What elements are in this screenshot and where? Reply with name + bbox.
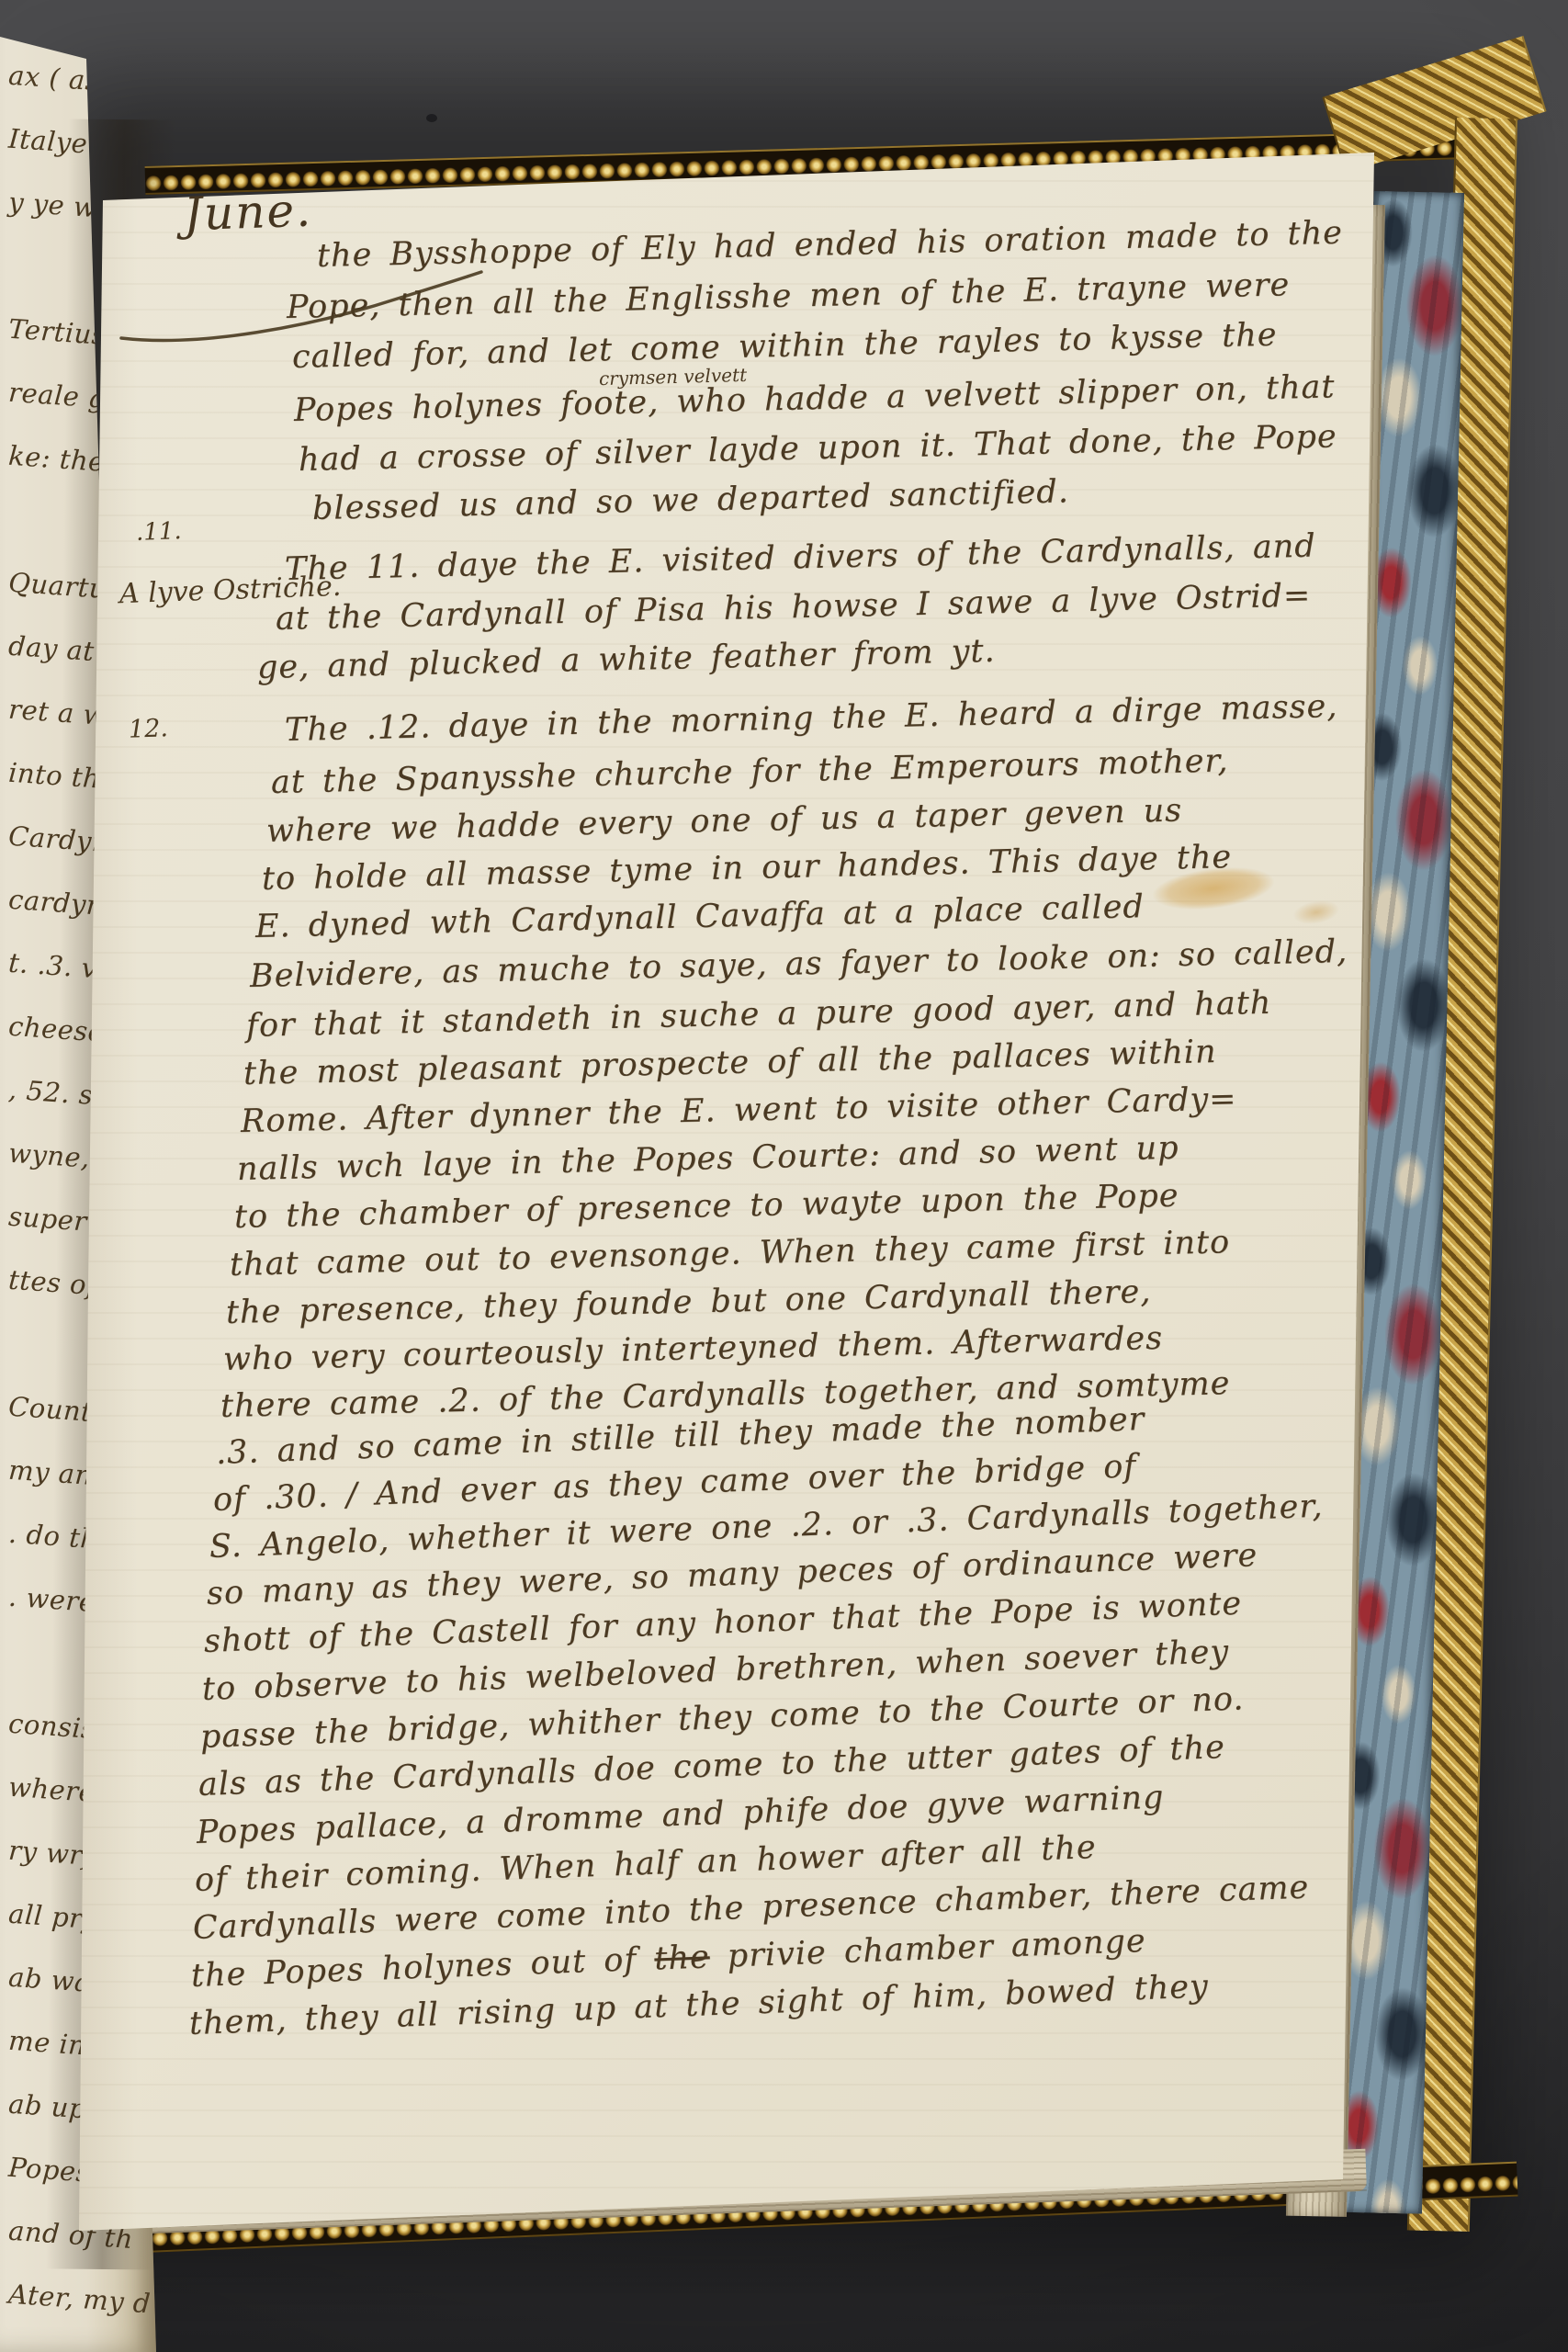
- margin-note-day-11: .11.: [136, 519, 183, 545]
- manuscript-line: had a crosse of silver layde upon it. Th…: [299, 421, 1337, 477]
- manuscript-line: to holde all masse tyme in our handes. T…: [262, 842, 1233, 896]
- manuscript-line: for that it standeth in suche a pure goo…: [246, 988, 1272, 1043]
- manuscript-line: who very courteously interteyned them. A…: [223, 1323, 1164, 1376]
- manuscript-line: The 11. daye the E. visited divers of th…: [285, 531, 1316, 586]
- manuscript-line: the most pleasant prospecte of all the p…: [243, 1036, 1217, 1091]
- manuscript-line: to the chamber of presence to wayte upon…: [234, 1181, 1179, 1234]
- struck-out-word: the: [654, 1939, 711, 1977]
- manuscript-line: nalls wch laye in the Popes Courte: and …: [237, 1133, 1179, 1186]
- line-text-before-strike: the Popes holynes out of: [190, 1941, 655, 1995]
- line-text-after-strike: privie chamber amonge: [709, 1923, 1146, 1975]
- heading-flourish: [118, 265, 485, 349]
- manuscript-line: ge, and plucked a white feather from yt.: [257, 636, 996, 684]
- manuscript-line: the presence, they founde but one Cardyn…: [226, 1276, 1152, 1329]
- manuscript-line: that came out to evensonge. When they ca…: [230, 1227, 1231, 1282]
- manuscript-line: Belvidere, as muche to saye, as fayer to…: [250, 936, 1348, 993]
- manuscript-photo: ax ( as inItalye ye wsy ye walTertius, a…: [0, 0, 1568, 2352]
- manuscript-line: at the Cardynall of Pisa his howse I saw…: [276, 580, 1312, 636]
- manuscript-line: E. dyned wth Cardynall Cavaffa at a plac…: [255, 891, 1145, 944]
- manuscript-line: The .12. daye in the morning the E. hear…: [285, 691, 1338, 747]
- month-heading: June.: [183, 187, 313, 238]
- manuscript-line: at the Spanysshe churche for the Emperou…: [271, 745, 1229, 799]
- manuscript-line: blessed us and so we departed sanctified…: [312, 476, 1070, 526]
- manuscript-line: Popes holynes foote, who hadde a velvett…: [294, 371, 1336, 427]
- margin-note-day-12: 12.: [129, 716, 169, 741]
- manuscript-line: Rome. After dynner the E. went to visite…: [241, 1083, 1237, 1138]
- manuscript-content: June. .11. A lyve Ostriche. 12. the Byss…: [0, 0, 1568, 2352]
- manuscript-line: where we hadde every one of us a taper g…: [266, 795, 1183, 848]
